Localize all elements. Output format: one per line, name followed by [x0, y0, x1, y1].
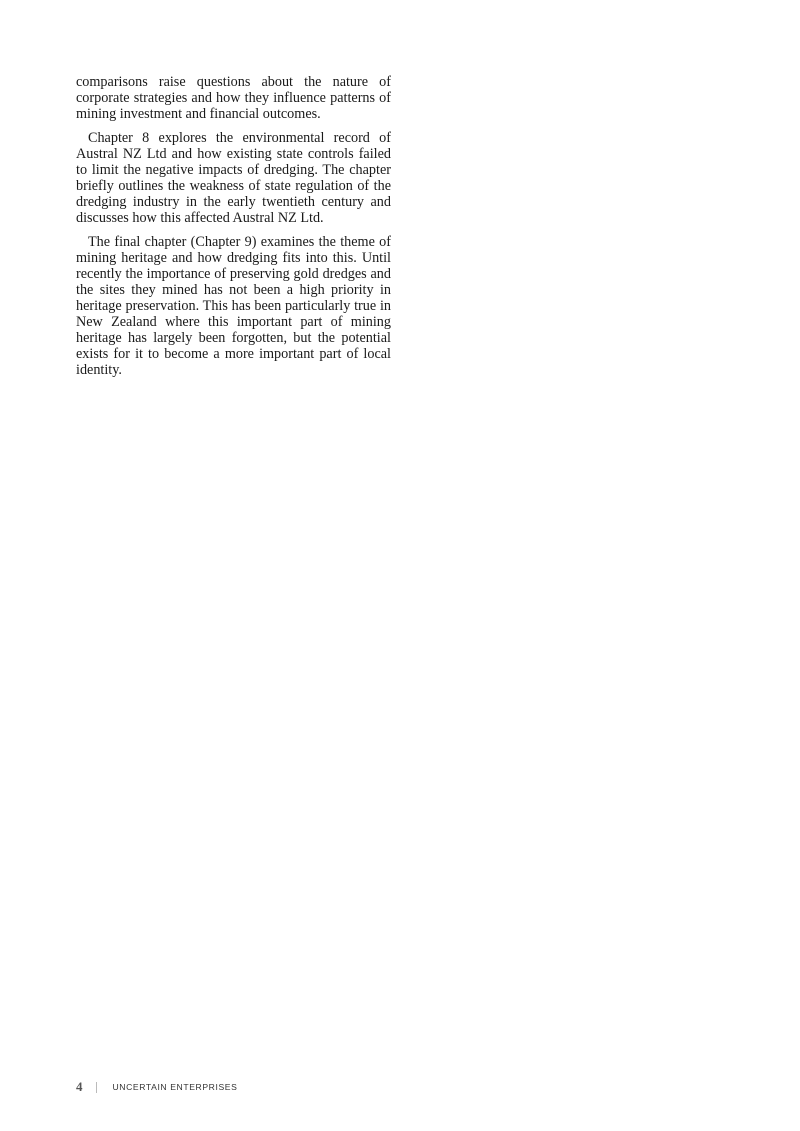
page-footer: 4 UNCERTAIN ENTERPRISES	[76, 1080, 237, 1094]
text-column: comparisons raise questions about the na…	[76, 74, 391, 386]
body-paragraph-1: comparisons raise questions about the na…	[76, 74, 391, 122]
footer-divider	[96, 1082, 97, 1093]
document-page: comparisons raise questions about the na…	[0, 0, 800, 1131]
page-number: 4	[76, 1079, 83, 1095]
running-title: UNCERTAIN ENTERPRISES	[113, 1082, 238, 1092]
body-paragraph-2: Chapter 8 explores the environmental rec…	[76, 130, 391, 226]
body-paragraph-3: The final chapter (Chapter 9) examines t…	[76, 234, 391, 378]
